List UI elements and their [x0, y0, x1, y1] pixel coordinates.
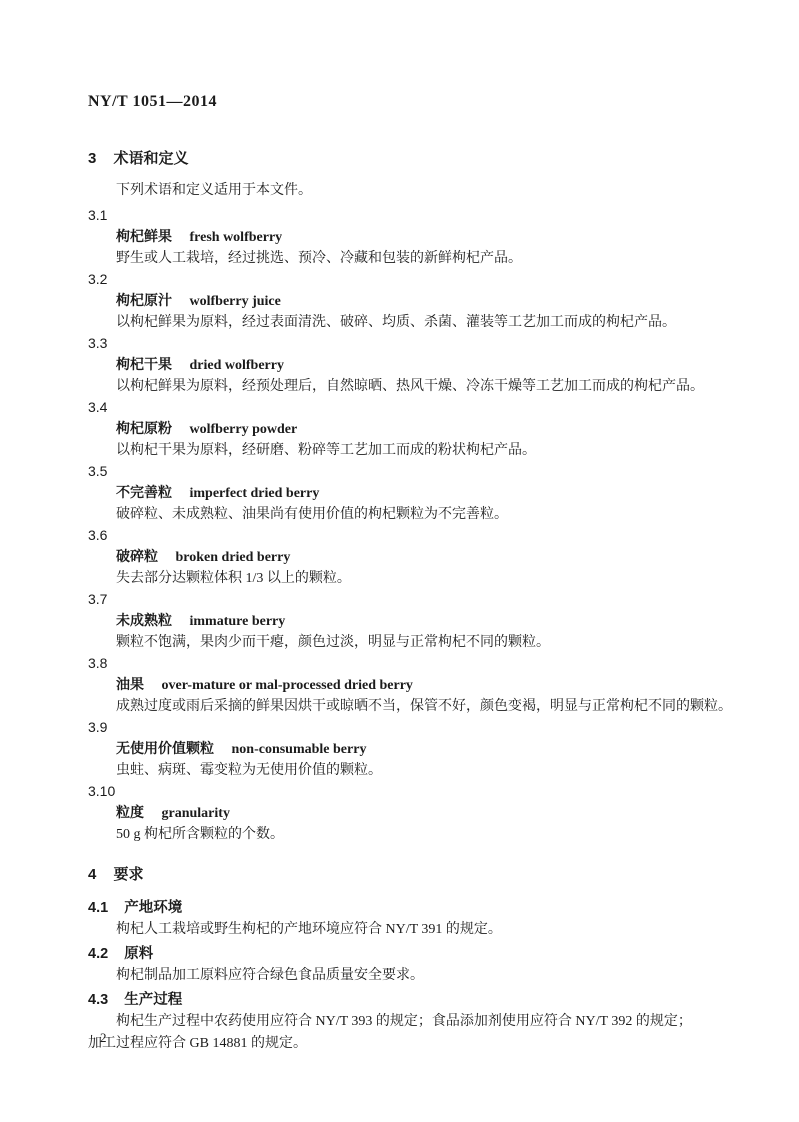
term-definition: 成熟过度或雨后采摘的鲜果因烘干或晾晒不当，保管不好，颜色变褐，明显与正常枸杞不同… — [88, 696, 743, 717]
term-block-3-3: 3.3 枸杞干果 dried wolfberry 以枸杞鲜果为原料，经预处理后，… — [88, 333, 743, 397]
term-line: 不完善粒 imperfect dried berry — [88, 482, 743, 504]
term-line: 枸杞干果 dried wolfberry — [88, 354, 743, 376]
document-page: NY/T 1051—2014 3 术语和定义 下列术语和定义适用于本文件。 3.… — [0, 0, 799, 1122]
clause-4-heading: 4 要求 — [88, 865, 743, 885]
clause-3-heading: 3 术语和定义 — [88, 149, 743, 169]
term-chinese: 枸杞干果 — [116, 356, 172, 372]
term-chinese: 枸杞原粉 — [116, 420, 172, 436]
subsection-body-line: 加工过程应符合 GB 14881 的规定。 — [88, 1033, 743, 1055]
term-english: over-mature or mal-processed dried berry — [162, 678, 413, 693]
subsection-body-line: 枸杞人工栽培或野生枸杞的产地环境应符合 NY/T 391 的规定。 — [88, 919, 743, 941]
term-block-3-4: 3.4 枸杞原粉 wolfberry powder 以枸杞干果为原料，经研磨、粉… — [88, 397, 743, 461]
subsection-number: 4.3 — [88, 992, 108, 1008]
term-block-3-1: 3.1 枸杞鲜果 fresh wolfberry 野生或人工栽培，经过挑选、预冷… — [88, 205, 743, 269]
term-line: 枸杞原粉 wolfberry powder — [88, 418, 743, 440]
document-content: NY/T 1051—2014 3 术语和定义 下列术语和定义适用于本文件。 3.… — [88, 93, 743, 1057]
term-block-3-8: 3.8 油果 over-mature or mal-processed drie… — [88, 653, 743, 717]
term-block-3-9: 3.9 无使用价值颗粒 non-consumable berry 虫蛀、病斑、霉… — [88, 717, 743, 781]
clause-4-title: 要求 — [114, 866, 144, 883]
term-line: 粒度 granularity — [88, 802, 743, 824]
term-definition: 以枸杞干果为原料，经研磨、粉碎等工艺加工而成的粉状枸杞产品。 — [88, 440, 743, 461]
term-line: 枸杞原汁 wolfberry juice — [88, 290, 743, 312]
term-number: 3.8 — [88, 653, 743, 674]
page-number: 2 — [100, 1030, 107, 1046]
term-chinese: 粒度 — [116, 804, 144, 820]
term-english: non-consumable berry — [232, 742, 367, 757]
term-block-3-6: 3.6 破碎粒 broken dried berry 失去部分达颗粒体积 1/3… — [88, 525, 743, 589]
term-english: wolfberry juice — [190, 294, 281, 309]
term-line: 破碎粒 broken dried berry — [88, 546, 743, 568]
term-line: 未成熟粒 immature berry — [88, 610, 743, 632]
term-line: 油果 over-mature or mal-processed dried be… — [88, 674, 743, 696]
term-number: 3.5 — [88, 461, 743, 482]
term-chinese: 未成熟粒 — [116, 612, 172, 628]
term-chinese: 破碎粒 — [116, 548, 158, 564]
standard-code-header: NY/T 1051—2014 — [88, 93, 743, 111]
term-chinese: 枸杞鲜果 — [116, 228, 172, 244]
subsection-heading: 4.3 生产过程 — [88, 989, 743, 1011]
term-english: broken dried berry — [176, 550, 291, 565]
subsection-body-line: 枸杞制品加工原料应符合绿色食品质量安全要求。 — [88, 965, 743, 987]
term-chinese: 不完善粒 — [116, 484, 172, 500]
term-number: 3.9 — [88, 717, 743, 738]
term-english: dried wolfberry — [190, 358, 284, 373]
clause-3-title: 术语和定义 — [114, 150, 189, 167]
subsection-title: 产地环境 — [124, 900, 182, 916]
term-english: wolfberry powder — [190, 422, 298, 437]
clause-4-number: 4 — [88, 866, 96, 883]
subsection-title: 生产过程 — [124, 992, 182, 1008]
subsection-heading: 4.2 原料 — [88, 943, 743, 965]
term-definition: 野生或人工栽培，经过挑选、预冷、冷藏和包装的新鲜枸杞产品。 — [88, 248, 743, 269]
subsection-body-line: 枸杞生产过程中农药使用应符合 NY/T 393 的规定；食品添加剂使用应符合 N… — [88, 1011, 743, 1033]
term-english: imperfect dried berry — [190, 486, 320, 501]
term-definition: 破碎粒、未成熟粒、油果尚有使用价值的枸杞颗粒为不完善粒。 — [88, 504, 743, 525]
clause-3-intro: 下列术语和定义适用于本文件。 — [88, 180, 743, 201]
term-definition: 50 g 枸杞所含颗粒的个数。 — [88, 824, 743, 845]
subsection-4-1: 4.1 产地环境 枸杞人工栽培或野生枸杞的产地环境应符合 NY/T 391 的规… — [88, 897, 743, 941]
term-chinese: 枸杞原汁 — [116, 292, 172, 308]
term-number: 3.4 — [88, 397, 743, 418]
term-definition: 颗粒不饱满，果肉少而干瘪，颜色过淡，明显与正常枸杞不同的颗粒。 — [88, 632, 743, 653]
subsection-heading: 4.1 产地环境 — [88, 897, 743, 919]
term-english: immature berry — [190, 614, 286, 629]
term-definition: 以枸杞鲜果为原料，经预处理后，自然晾晒、热风干燥、冷冻干燥等工艺加工而成的枸杞产… — [88, 376, 743, 397]
term-number: 3.7 — [88, 589, 743, 610]
clause-3-number: 3 — [88, 150, 96, 167]
term-english: fresh wolfberry — [190, 230, 283, 245]
term-definition: 虫蛀、病斑、霉变粒为无使用价值的颗粒。 — [88, 760, 743, 781]
subsection-number: 4.1 — [88, 900, 108, 916]
term-number: 3.6 — [88, 525, 743, 546]
term-number: 3.1 — [88, 205, 743, 226]
term-block-3-5: 3.5 不完善粒 imperfect dried berry 破碎粒、未成熟粒、… — [88, 461, 743, 525]
term-number: 3.10 — [88, 781, 743, 802]
subsection-4-2: 4.2 原料 枸杞制品加工原料应符合绿色食品质量安全要求。 — [88, 943, 743, 987]
term-block-3-7: 3.7 未成熟粒 immature berry 颗粒不饱满，果肉少而干瘪，颜色过… — [88, 589, 743, 653]
subsection-4-3: 4.3 生产过程 枸杞生产过程中农药使用应符合 NY/T 393 的规定；食品添… — [88, 989, 743, 1055]
subsection-title: 原料 — [124, 946, 153, 962]
terms-list: 3.1 枸杞鲜果 fresh wolfberry 野生或人工栽培，经过挑选、预冷… — [88, 205, 743, 845]
term-english: granularity — [162, 806, 230, 821]
term-line: 无使用价值颗粒 non-consumable berry — [88, 738, 743, 760]
term-line: 枸杞鲜果 fresh wolfberry — [88, 226, 743, 248]
term-block-3-10: 3.10 粒度 granularity 50 g 枸杞所含颗粒的个数。 — [88, 781, 743, 845]
subsection-number: 4.2 — [88, 946, 108, 962]
term-number: 3.3 — [88, 333, 743, 354]
term-block-3-2: 3.2 枸杞原汁 wolfberry juice 以枸杞鲜果为原料，经过表面清洗… — [88, 269, 743, 333]
term-chinese: 油果 — [116, 676, 144, 692]
term-definition: 以枸杞鲜果为原料，经过表面清洗、破碎、均质、杀菌、灌装等工艺加工而成的枸杞产品。 — [88, 312, 743, 333]
term-chinese: 无使用价值颗粒 — [116, 740, 214, 756]
term-number: 3.2 — [88, 269, 743, 290]
term-definition: 失去部分达颗粒体积 1/3 以上的颗粒。 — [88, 568, 743, 589]
